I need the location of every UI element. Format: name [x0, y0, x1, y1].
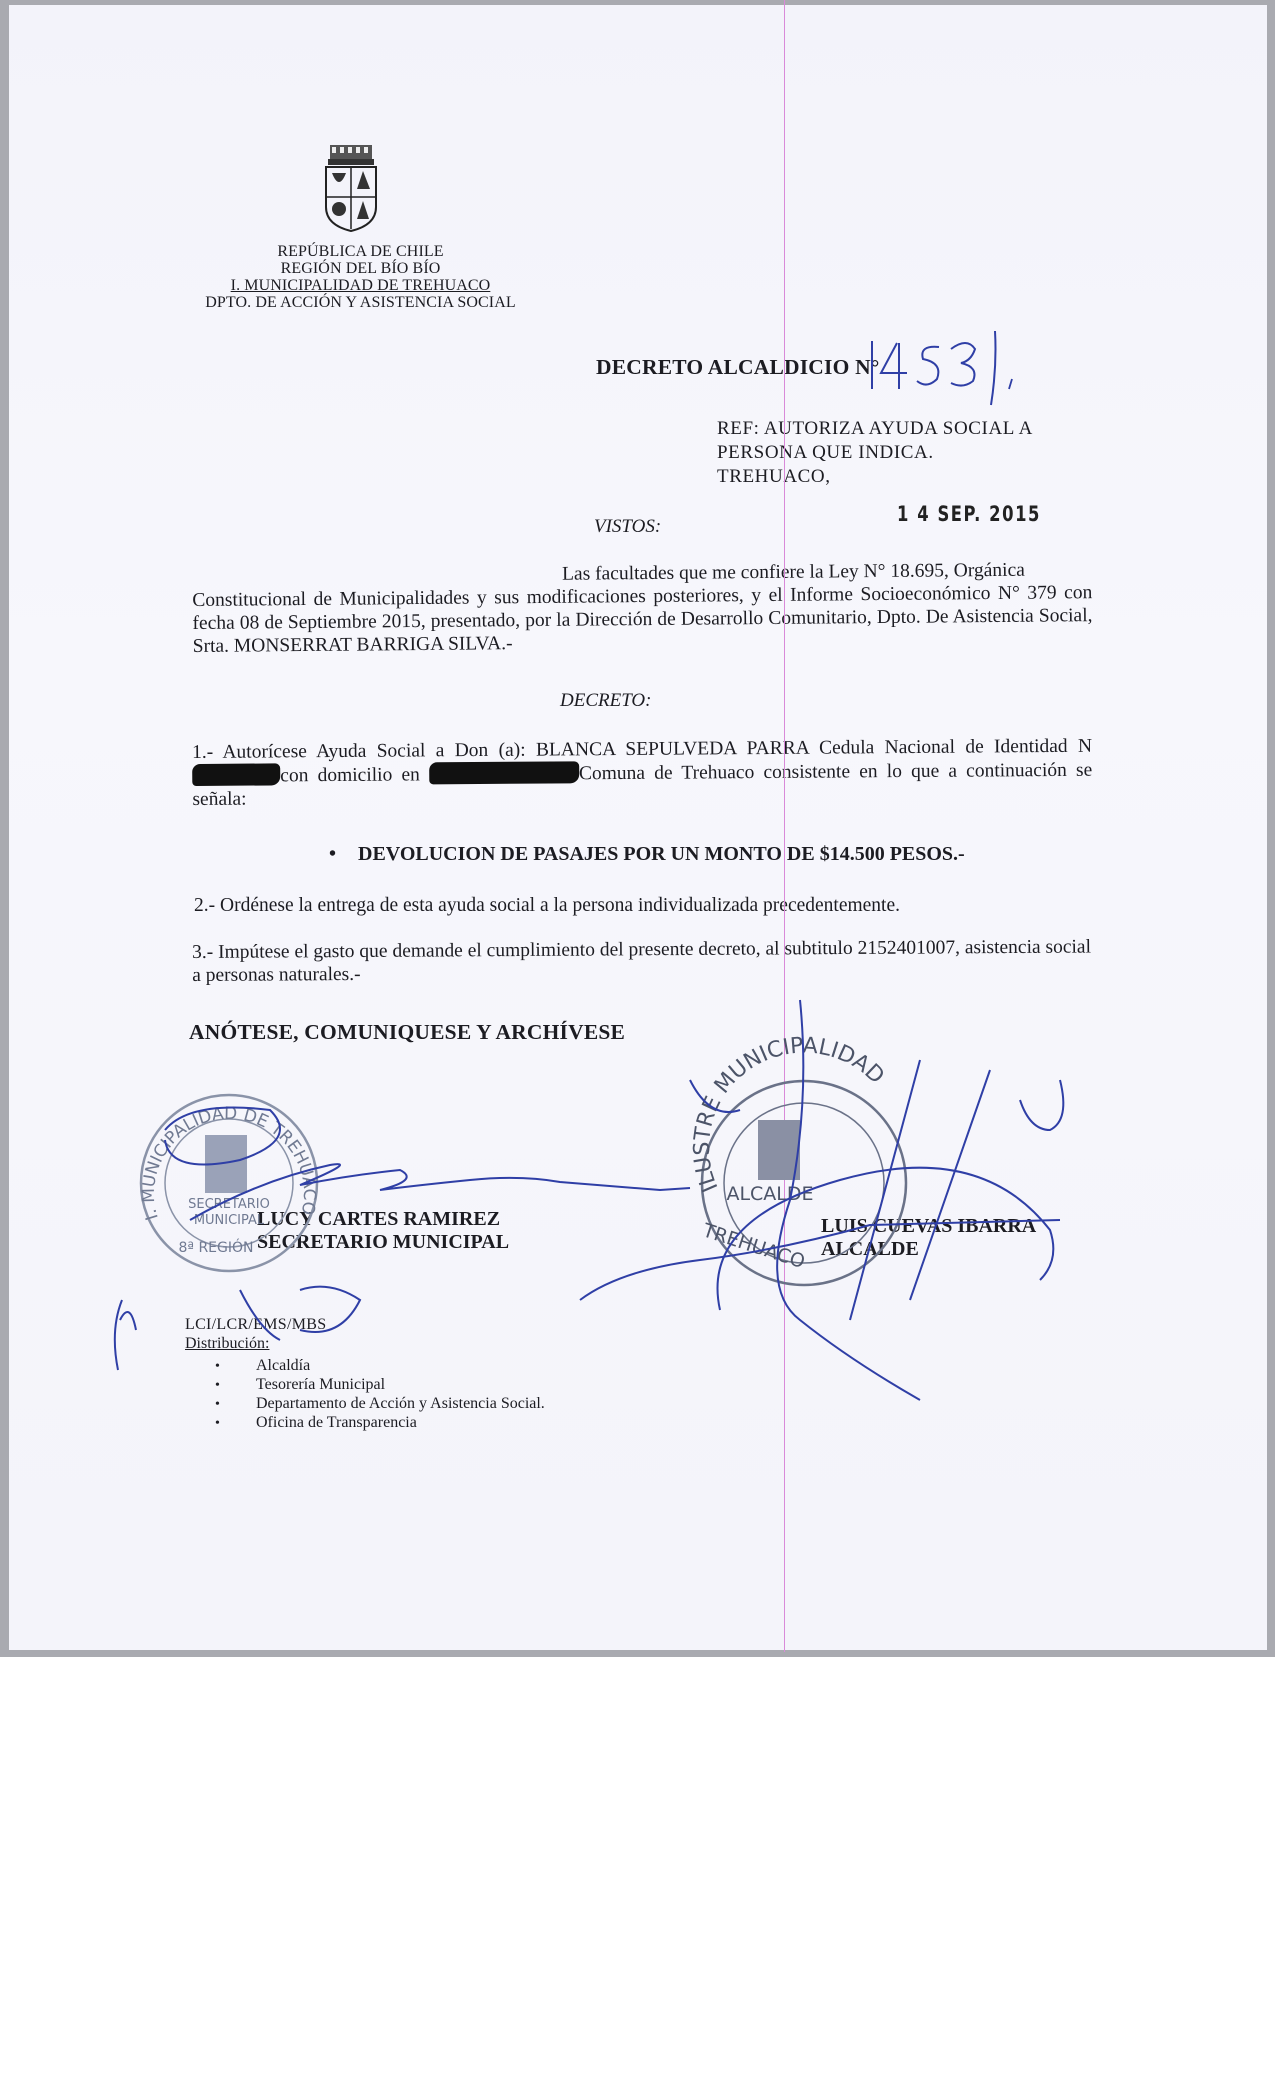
- aid-item-text: DEVOLUCION DE PASAJES POR UN MONTO DE $1…: [358, 843, 965, 865]
- decree-number-handwritten: [867, 327, 1067, 417]
- vistos-body: Constitucional de Municipalidades y sus …: [192, 582, 1092, 657]
- ref-line: REF: AUTORIZA AYUDA SOCIAL A: [717, 417, 1033, 441]
- distribution-item: Departamento de Acción y Asistencia Soci…: [215, 1395, 545, 1414]
- fold-line: [784, 0, 785, 1652]
- redacted-id: [192, 763, 280, 786]
- secretary-signature-block: LUCY CARTES RAMIREZ SECRETARIO MUNICIPAL: [257, 1208, 509, 1254]
- document-page: REPÚBLICA DE CHILE REGIÓN DEL BÍO BÍO I.…: [9, 5, 1267, 1650]
- department-line: DPTO. DE ACCIÓN Y ASISTENCIA SOCIAL: [189, 294, 532, 311]
- mayor-signature-block: LUIS CUEVAS IBARRA ALCALDE: [821, 1215, 1036, 1261]
- decree-title: DECRETO ALCALDICIO N°: [596, 355, 880, 380]
- redacted-address: [429, 761, 579, 784]
- coat-of-arms-icon: [322, 143, 380, 233]
- vistos-label: VISTOS:: [594, 516, 661, 538]
- distribution-item: Oficina de Transparencia: [215, 1414, 545, 1433]
- article-1-text: con domicilio en: [280, 764, 420, 786]
- article-2: 2.- Ordénese la entrega de esta ayuda so…: [194, 895, 900, 917]
- article-1: 1.- Autorícese Ayuda Social a Don (a): B…: [192, 735, 1092, 811]
- handwritten-number-icon: [867, 327, 1067, 407]
- article-3: 3.- Impútese el gasto que demande el cum…: [192, 936, 1092, 987]
- distribution-list: Alcaldía Tesorería Municipal Departament…: [215, 1357, 545, 1433]
- distribution-item: Alcaldía: [215, 1357, 545, 1376]
- country-line: REPÚBLICA DE CHILE: [189, 243, 532, 260]
- aid-item: •DEVOLUCION DE PASAJES POR UN MONTO DE $…: [329, 843, 965, 866]
- mayor-role: ALCALDE: [821, 1238, 1036, 1261]
- distribution-item: Tesorería Municipal: [215, 1376, 545, 1395]
- date-stamp: 1 4 SEP. 2015: [897, 502, 1041, 526]
- vistos-paragraph: Las facultades que me confiere la Ley N°…: [192, 558, 1093, 658]
- decreto-label: DECRETO:: [560, 690, 651, 712]
- bullet-icon: •: [329, 843, 336, 866]
- secretary-role: SECRETARIO MUNICIPAL: [257, 1231, 509, 1254]
- article-1-text: 1.- Autorícese Ayuda Social a Don (a): B…: [192, 736, 1092, 763]
- municipality-line: I. MUNICIPALIDAD DE TREHUACO: [189, 277, 532, 294]
- reference-block: REF: AUTORIZA AYUDA SOCIAL A PERSONA QUE…: [717, 417, 1033, 489]
- mayor-name: LUIS CUEVAS IBARRA: [821, 1215, 1036, 1238]
- ref-line: PERSONA QUE INDICA.: [717, 441, 1033, 465]
- region-line: REGIÓN DEL BÍO BÍO: [189, 260, 532, 277]
- closing-formula: ANÓTESE, COMUNIQUESE Y ARCHÍVESE: [189, 1020, 625, 1045]
- letterhead: REPÚBLICA DE CHILE REGIÓN DEL BÍO BÍO I.…: [189, 243, 532, 311]
- ref-city: TREHUACO,: [717, 465, 1033, 489]
- secretary-name: LUCY CARTES RAMIREZ: [257, 1208, 509, 1231]
- distribution-label: Distribución:: [185, 1335, 269, 1353]
- initials: LCI/LCR/EMS/MBS: [185, 1316, 326, 1334]
